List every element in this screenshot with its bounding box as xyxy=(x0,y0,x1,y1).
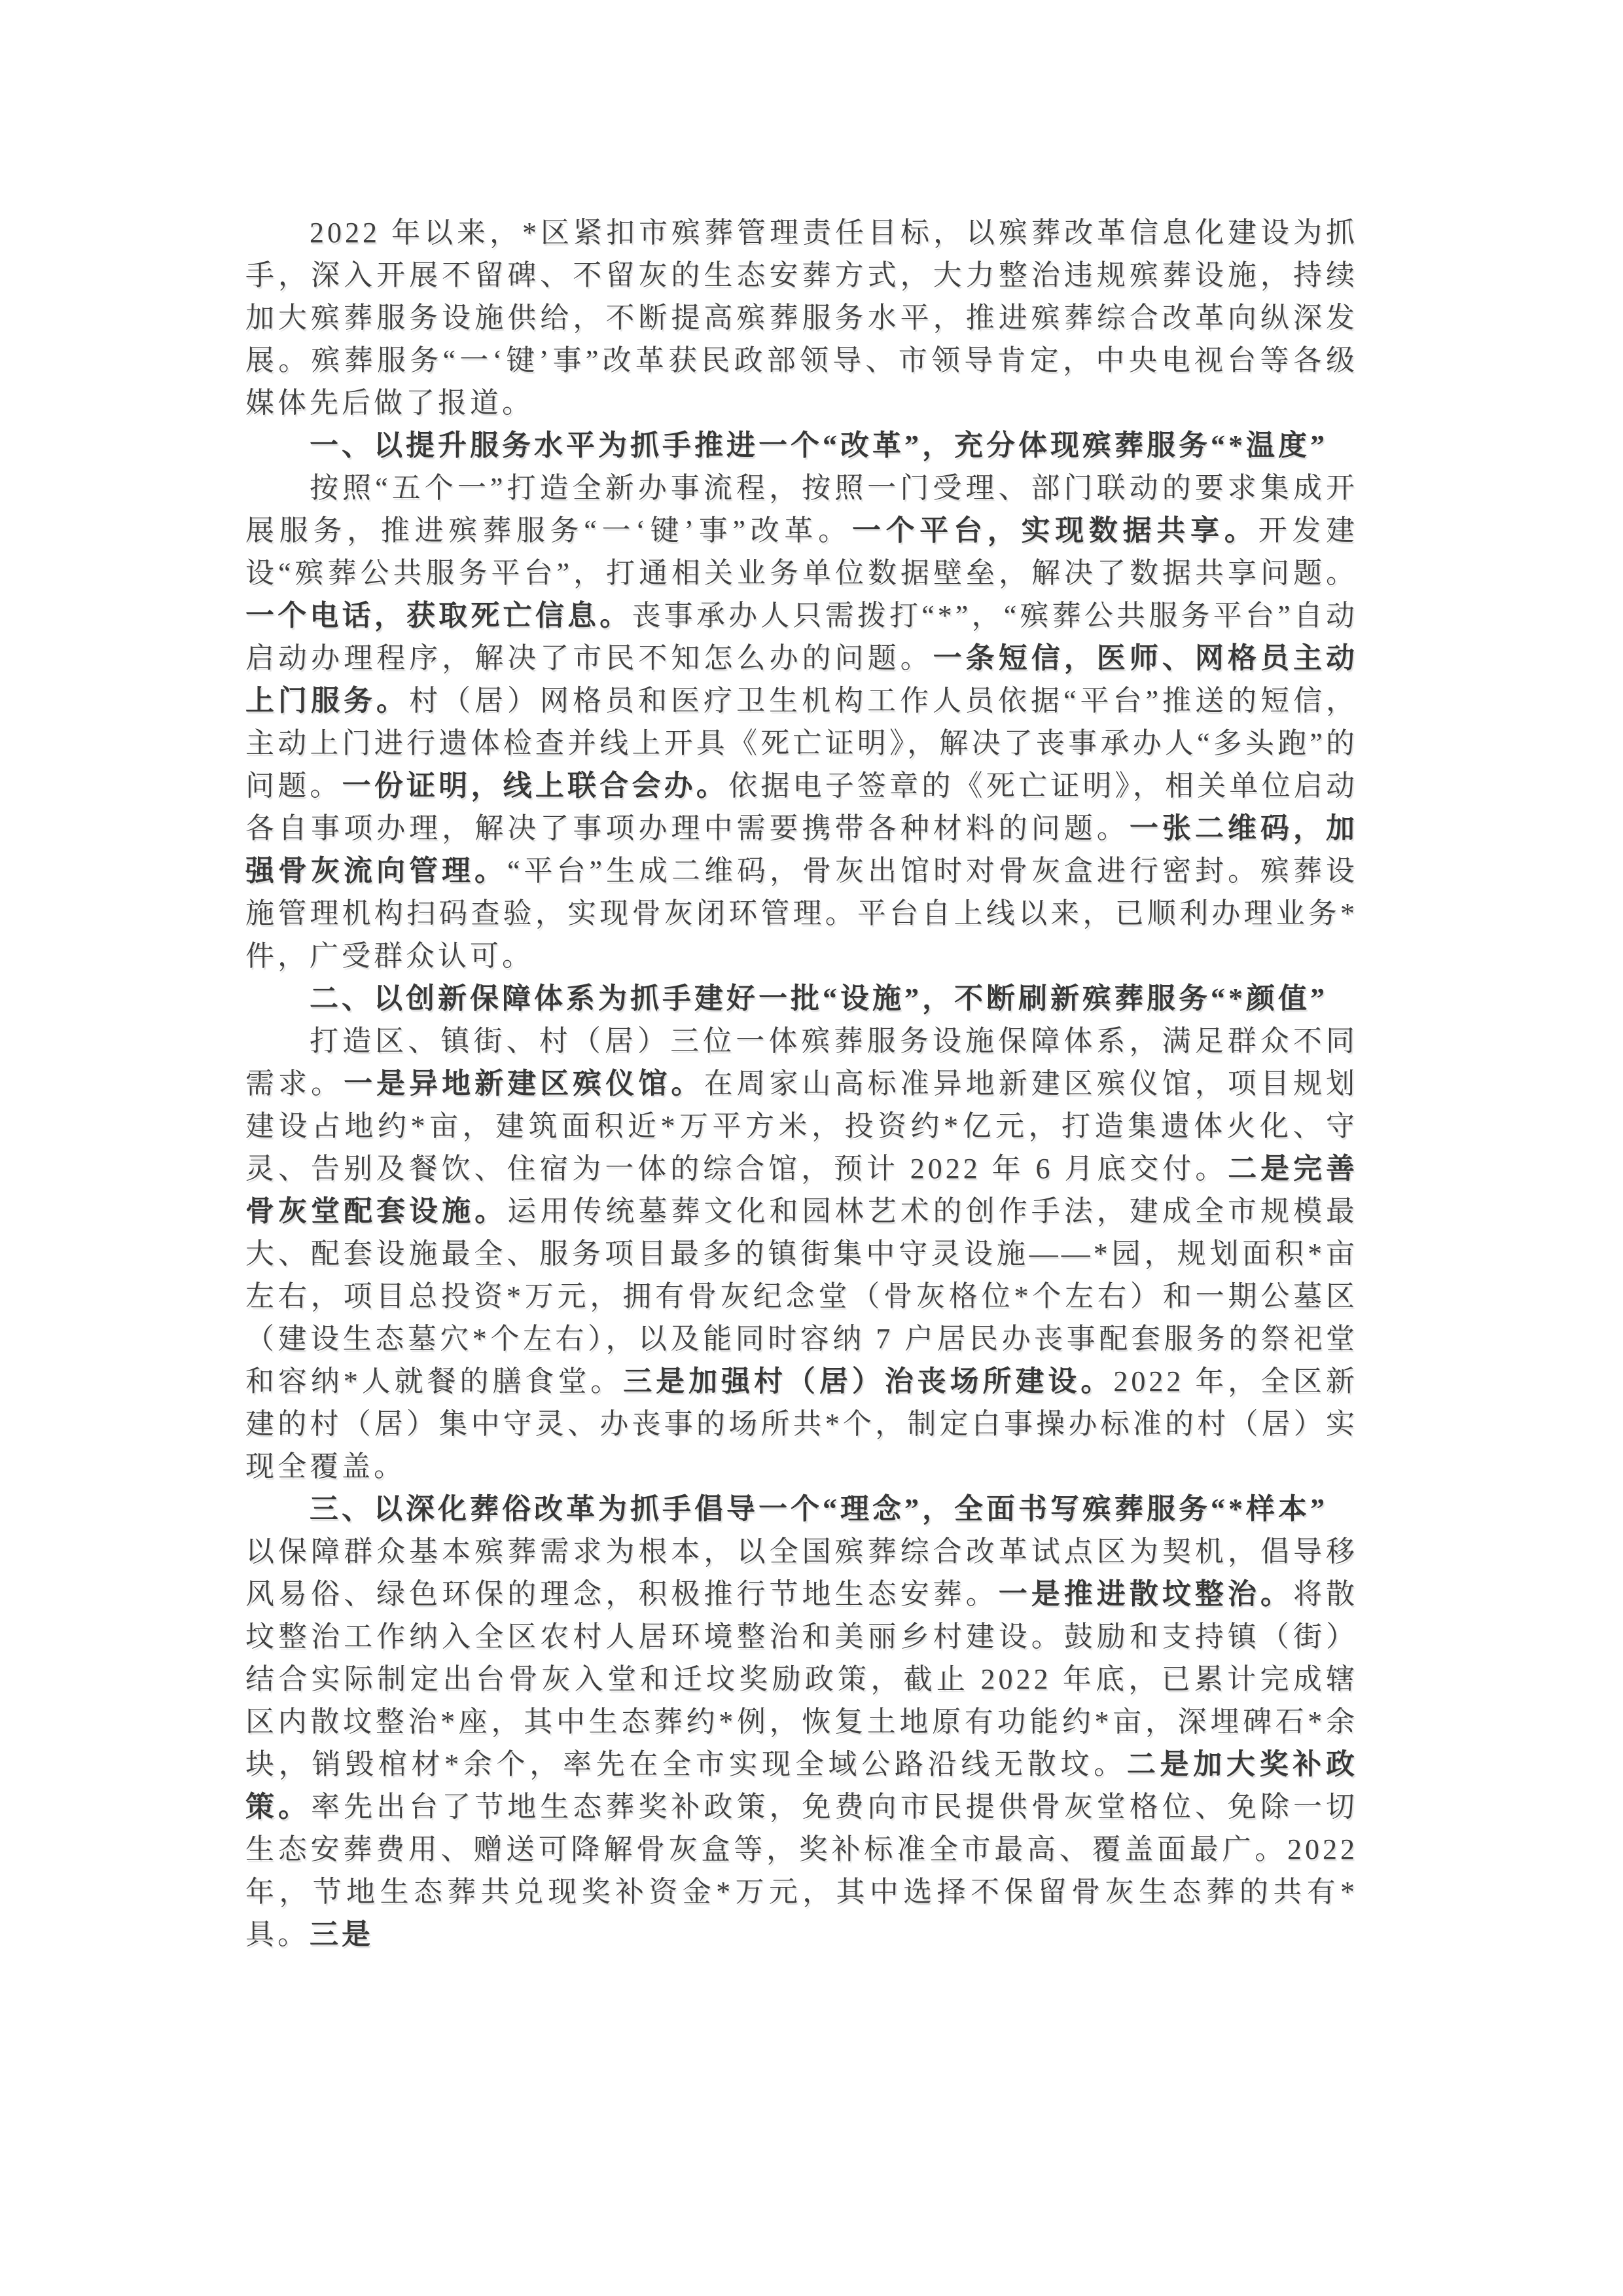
bold-text-run: 一个平台，实现数据共享。 xyxy=(852,514,1258,547)
section-heading: 三、以深化葬俗改革为抓手倡导一个“理念”，全面书写殡葬服务“*样本” xyxy=(245,1488,1358,1530)
bold-text-run: 二、以创新保障体系为抓手建好一批“设施”，不断刷新殡葬服务“*颜值” xyxy=(310,982,1328,1014)
body-paragraph: 2022 年以来，*区紧扣市殡葬管理责任目标，以殡葬改革信息化建设为抓手，深入开… xyxy=(245,211,1358,424)
bold-text-run: 一个电话，获取死亡信息。 xyxy=(245,600,632,632)
bold-text-run: 一是推进散坟整治。 xyxy=(999,1578,1293,1610)
bold-text-run: 一份证明，线上联合会办。 xyxy=(342,770,728,802)
bold-text-run: 三是 xyxy=(310,1918,374,1950)
body-paragraph: 打造区、镇街、村（居）三位一体殡葬服务设施保障体系，满足群众不同需求。一是异地新… xyxy=(245,1020,1358,1488)
bold-text-run: 一是异地新建区殡仪馆。 xyxy=(344,1067,704,1100)
bold-text-run: 三、以深化葬俗改革为抓手倡导一个“理念”，全面书写殡葬服务“*样本” xyxy=(310,1493,1328,1525)
section-heading: 二、以创新保障体系为抓手建好一批“设施”，不断刷新殡葬服务“*颜值” xyxy=(245,977,1358,1020)
text-run: 率先出台了节地生态葬奖补政策，免费向市民提供骨灰堂格位、免除一切生态安葬费用、赠… xyxy=(245,1791,1368,1950)
text-run: 2022 年以来，*区紧扣市殡葬管理责任目标，以殡葬改革信息化建设为抓手，深入开… xyxy=(245,217,1358,419)
body-paragraph: 按照“五个一”打造全新办事流程，按照一门受理、部门联动的要求集成开展服务，推进殡… xyxy=(245,467,1358,977)
document-page: 2022 年以来，*区紧扣市殡葬管理责任目标，以殡葬改革信息化建设为抓手，深入开… xyxy=(0,0,1623,2296)
bold-text-run: 一、以提升服务水平为抓手推进一个“改革”，充分体现殡葬服务“*温度” xyxy=(310,429,1328,461)
body-paragraph: 以保障群众基本殡葬需求为根本，以全国殡葬综合改革试点区为契机，倡导移风易俗、绿色… xyxy=(245,1530,1358,1956)
section-heading: 一、以提升服务水平为抓手推进一个“改革”，充分体现殡葬服务“*温度” xyxy=(245,424,1358,467)
bold-text-run: 三是加强村（居）治丧场所建设。 xyxy=(623,1365,1113,1397)
